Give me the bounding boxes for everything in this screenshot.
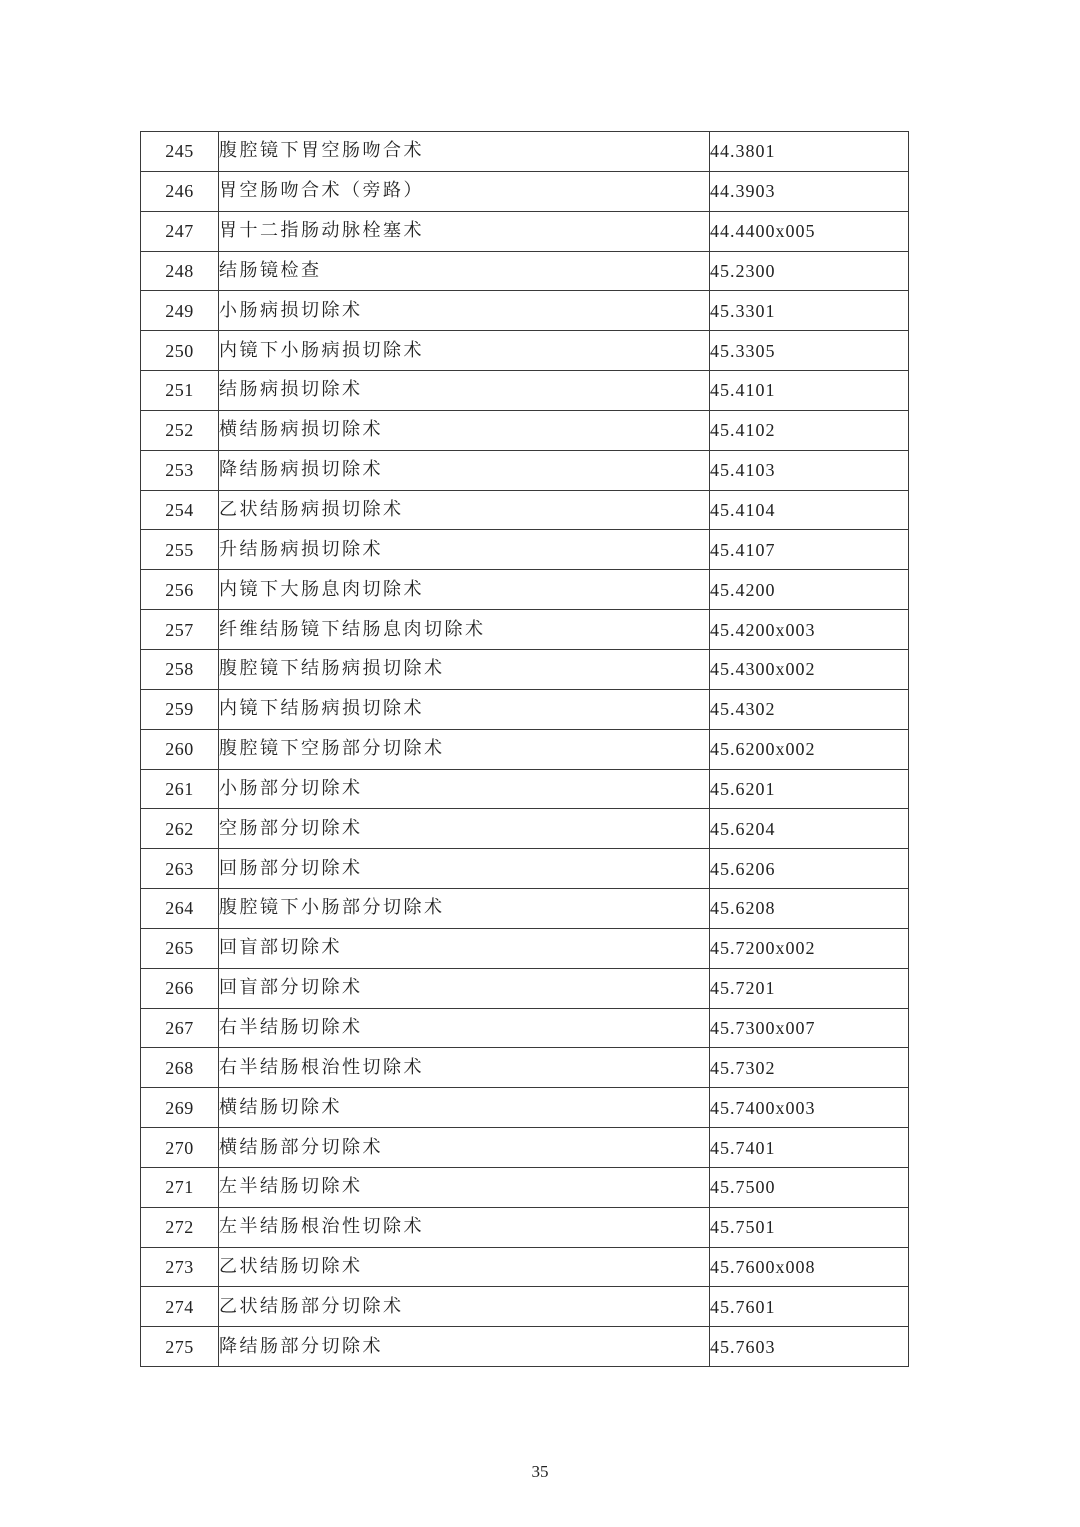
row-number-cell: 257 [141,610,219,650]
table-row: 263回肠部分切除术45.6206 [141,849,909,889]
row-number-cell: 255 [141,530,219,570]
procedure-code-cell: 45.7300x007 [710,1008,909,1048]
procedure-name-cell: 升结肠病损切除术 [219,530,710,570]
table-row: 268右半结肠根治性切除术45.7302 [141,1048,909,1088]
table-row: 245腹腔镜下胃空肠吻合术44.3801 [141,132,909,172]
row-number-cell: 265 [141,928,219,968]
table-row: 272左半结肠根治性切除术45.7501 [141,1207,909,1247]
row-number-cell: 264 [141,889,219,929]
procedure-name-cell: 腹腔镜下胃空肠吻合术 [219,132,710,172]
procedure-code-cell: 45.7400x003 [710,1088,909,1128]
procedure-name-cell: 乙状结肠部分切除术 [219,1287,710,1327]
table-row: 250内镜下小肠病损切除术45.3305 [141,331,909,371]
procedure-name-cell: 胃十二指肠动脉栓塞术 [219,211,710,251]
procedure-name-cell: 内镜下结肠病损切除术 [219,689,710,729]
procedure-name-cell: 横结肠病损切除术 [219,410,710,450]
row-number-cell: 250 [141,331,219,371]
row-number-cell: 270 [141,1128,219,1168]
procedure-code-cell: 45.3305 [710,331,909,371]
procedure-code-cell: 45.4200x003 [710,610,909,650]
table-row: 261小肠部分切除术45.6201 [141,769,909,809]
table-row: 274乙状结肠部分切除术45.7601 [141,1287,909,1327]
table-row: 252横结肠病损切除术45.4102 [141,410,909,450]
table-row: 246胃空肠吻合术（旁路）44.3903 [141,171,909,211]
procedure-name-cell: 纤维结肠镜下结肠息肉切除术 [219,610,710,650]
procedure-name-cell: 降结肠部分切除术 [219,1327,710,1367]
table-body: 245腹腔镜下胃空肠吻合术44.3801246胃空肠吻合术（旁路）44.3903… [141,132,909,1367]
page-number: 35 [0,1462,1080,1482]
table-row: 275降结肠部分切除术45.7603 [141,1327,909,1367]
row-number-cell: 260 [141,729,219,769]
procedure-code-cell: 45.7201 [710,968,909,1008]
table-row: 256内镜下大肠息肉切除术45.4200 [141,570,909,610]
procedure-code-cell: 45.2300 [710,251,909,291]
row-number-cell: 268 [141,1048,219,1088]
procedure-name-cell: 回盲部切除术 [219,928,710,968]
row-number-cell: 263 [141,849,219,889]
table-row: 269横结肠切除术45.7400x003 [141,1088,909,1128]
procedure-name-cell: 乙状结肠切除术 [219,1247,710,1287]
procedure-name-cell: 横结肠切除术 [219,1088,710,1128]
procedure-name-cell: 腹腔镜下小肠部分切除术 [219,889,710,929]
procedure-code-cell: 45.6208 [710,889,909,929]
row-number-cell: 267 [141,1008,219,1048]
row-number-cell: 266 [141,968,219,1008]
procedure-name-cell: 回肠部分切除术 [219,849,710,889]
procedure-name-cell: 腹腔镜下结肠病损切除术 [219,649,710,689]
procedure-code-cell: 45.6200x002 [710,729,909,769]
procedure-code-cell: 45.7500 [710,1167,909,1207]
procedure-name-cell: 横结肠部分切除术 [219,1128,710,1168]
procedure-code-cell: 45.4102 [710,410,909,450]
procedure-name-cell: 胃空肠吻合术（旁路） [219,171,710,211]
table-row: 265回盲部切除术45.7200x002 [141,928,909,968]
table-row: 264腹腔镜下小肠部分切除术45.6208 [141,889,909,929]
procedure-name-cell: 内镜下小肠病损切除术 [219,331,710,371]
procedure-code-cell: 45.7302 [710,1048,909,1088]
procedure-name-cell: 内镜下大肠息肉切除术 [219,570,710,610]
procedure-name-cell: 左半结肠根治性切除术 [219,1207,710,1247]
table-row: 255升结肠病损切除术45.4107 [141,530,909,570]
procedure-code-cell: 45.7603 [710,1327,909,1367]
row-number-cell: 258 [141,649,219,689]
procedure-code-cell: 45.6206 [710,849,909,889]
table-row: 259内镜下结肠病损切除术45.4302 [141,689,909,729]
row-number-cell: 261 [141,769,219,809]
procedure-code-cell: 45.6201 [710,769,909,809]
row-number-cell: 273 [141,1247,219,1287]
row-number-cell: 256 [141,570,219,610]
table-row: 273乙状结肠切除术45.7600x008 [141,1247,909,1287]
procedure-name-cell: 腹腔镜下空肠部分切除术 [219,729,710,769]
procedure-name-cell: 结肠病损切除术 [219,371,710,411]
procedure-code-cell: 45.4107 [710,530,909,570]
procedure-code-cell: 45.7200x002 [710,928,909,968]
table-row: 248结肠镜检查45.2300 [141,251,909,291]
procedure-code-cell: 44.4400x005 [710,211,909,251]
row-number-cell: 249 [141,291,219,331]
procedure-code-cell: 45.4101 [710,371,909,411]
table-row: 251结肠病损切除术45.4101 [141,371,909,411]
procedure-code-cell: 45.7601 [710,1287,909,1327]
procedure-code-cell: 45.4302 [710,689,909,729]
table-row: 247胃十二指肠动脉栓塞术44.4400x005 [141,211,909,251]
procedure-code-cell: 45.7401 [710,1128,909,1168]
row-number-cell: 251 [141,371,219,411]
row-number-cell: 272 [141,1207,219,1247]
procedure-name-cell: 空肠部分切除术 [219,809,710,849]
procedure-code-cell: 45.4300x002 [710,649,909,689]
table-row: 257纤维结肠镜下结肠息肉切除术45.4200x003 [141,610,909,650]
procedure-name-cell: 右半结肠根治性切除术 [219,1048,710,1088]
table-row: 258腹腔镜下结肠病损切除术45.4300x002 [141,649,909,689]
procedure-name-cell: 小肠病损切除术 [219,291,710,331]
table-row: 253降结肠病损切除术45.4103 [141,450,909,490]
table-row: 262空肠部分切除术45.6204 [141,809,909,849]
document-page: 245腹腔镜下胃空肠吻合术44.3801246胃空肠吻合术（旁路）44.3903… [0,0,1080,1527]
row-number-cell: 245 [141,132,219,172]
procedure-code-cell: 45.7600x008 [710,1247,909,1287]
table-row: 270横结肠部分切除术45.7401 [141,1128,909,1168]
procedure-name-cell: 回盲部分切除术 [219,968,710,1008]
procedure-name-cell: 乙状结肠病损切除术 [219,490,710,530]
row-number-cell: 248 [141,251,219,291]
row-number-cell: 253 [141,450,219,490]
procedure-code-cell: 45.4103 [710,450,909,490]
table-row: 249小肠病损切除术45.3301 [141,291,909,331]
procedure-code-cell: 45.4104 [710,490,909,530]
procedure-name-cell: 左半结肠切除术 [219,1167,710,1207]
procedure-code-cell: 45.3301 [710,291,909,331]
table-row: 271左半结肠切除术45.7500 [141,1167,909,1207]
row-number-cell: 252 [141,410,219,450]
procedure-code-cell: 45.6204 [710,809,909,849]
procedure-name-cell: 右半结肠切除术 [219,1008,710,1048]
row-number-cell: 274 [141,1287,219,1327]
procedure-code-cell: 45.4200 [710,570,909,610]
procedure-name-cell: 结肠镜检查 [219,251,710,291]
procedure-code-cell: 44.3903 [710,171,909,211]
row-number-cell: 254 [141,490,219,530]
procedure-code-table: 245腹腔镜下胃空肠吻合术44.3801246胃空肠吻合术（旁路）44.3903… [140,131,909,1367]
procedure-code-cell: 45.7501 [710,1207,909,1247]
row-number-cell: 271 [141,1167,219,1207]
row-number-cell: 262 [141,809,219,849]
table-row: 254乙状结肠病损切除术45.4104 [141,490,909,530]
table-row: 260腹腔镜下空肠部分切除术45.6200x002 [141,729,909,769]
table-row: 267右半结肠切除术45.7300x007 [141,1008,909,1048]
row-number-cell: 247 [141,211,219,251]
row-number-cell: 275 [141,1327,219,1367]
row-number-cell: 246 [141,171,219,211]
table-row: 266回盲部分切除术45.7201 [141,968,909,1008]
row-number-cell: 259 [141,689,219,729]
procedure-name-cell: 降结肠病损切除术 [219,450,710,490]
row-number-cell: 269 [141,1088,219,1128]
procedure-name-cell: 小肠部分切除术 [219,769,710,809]
procedure-code-cell: 44.3801 [710,132,909,172]
